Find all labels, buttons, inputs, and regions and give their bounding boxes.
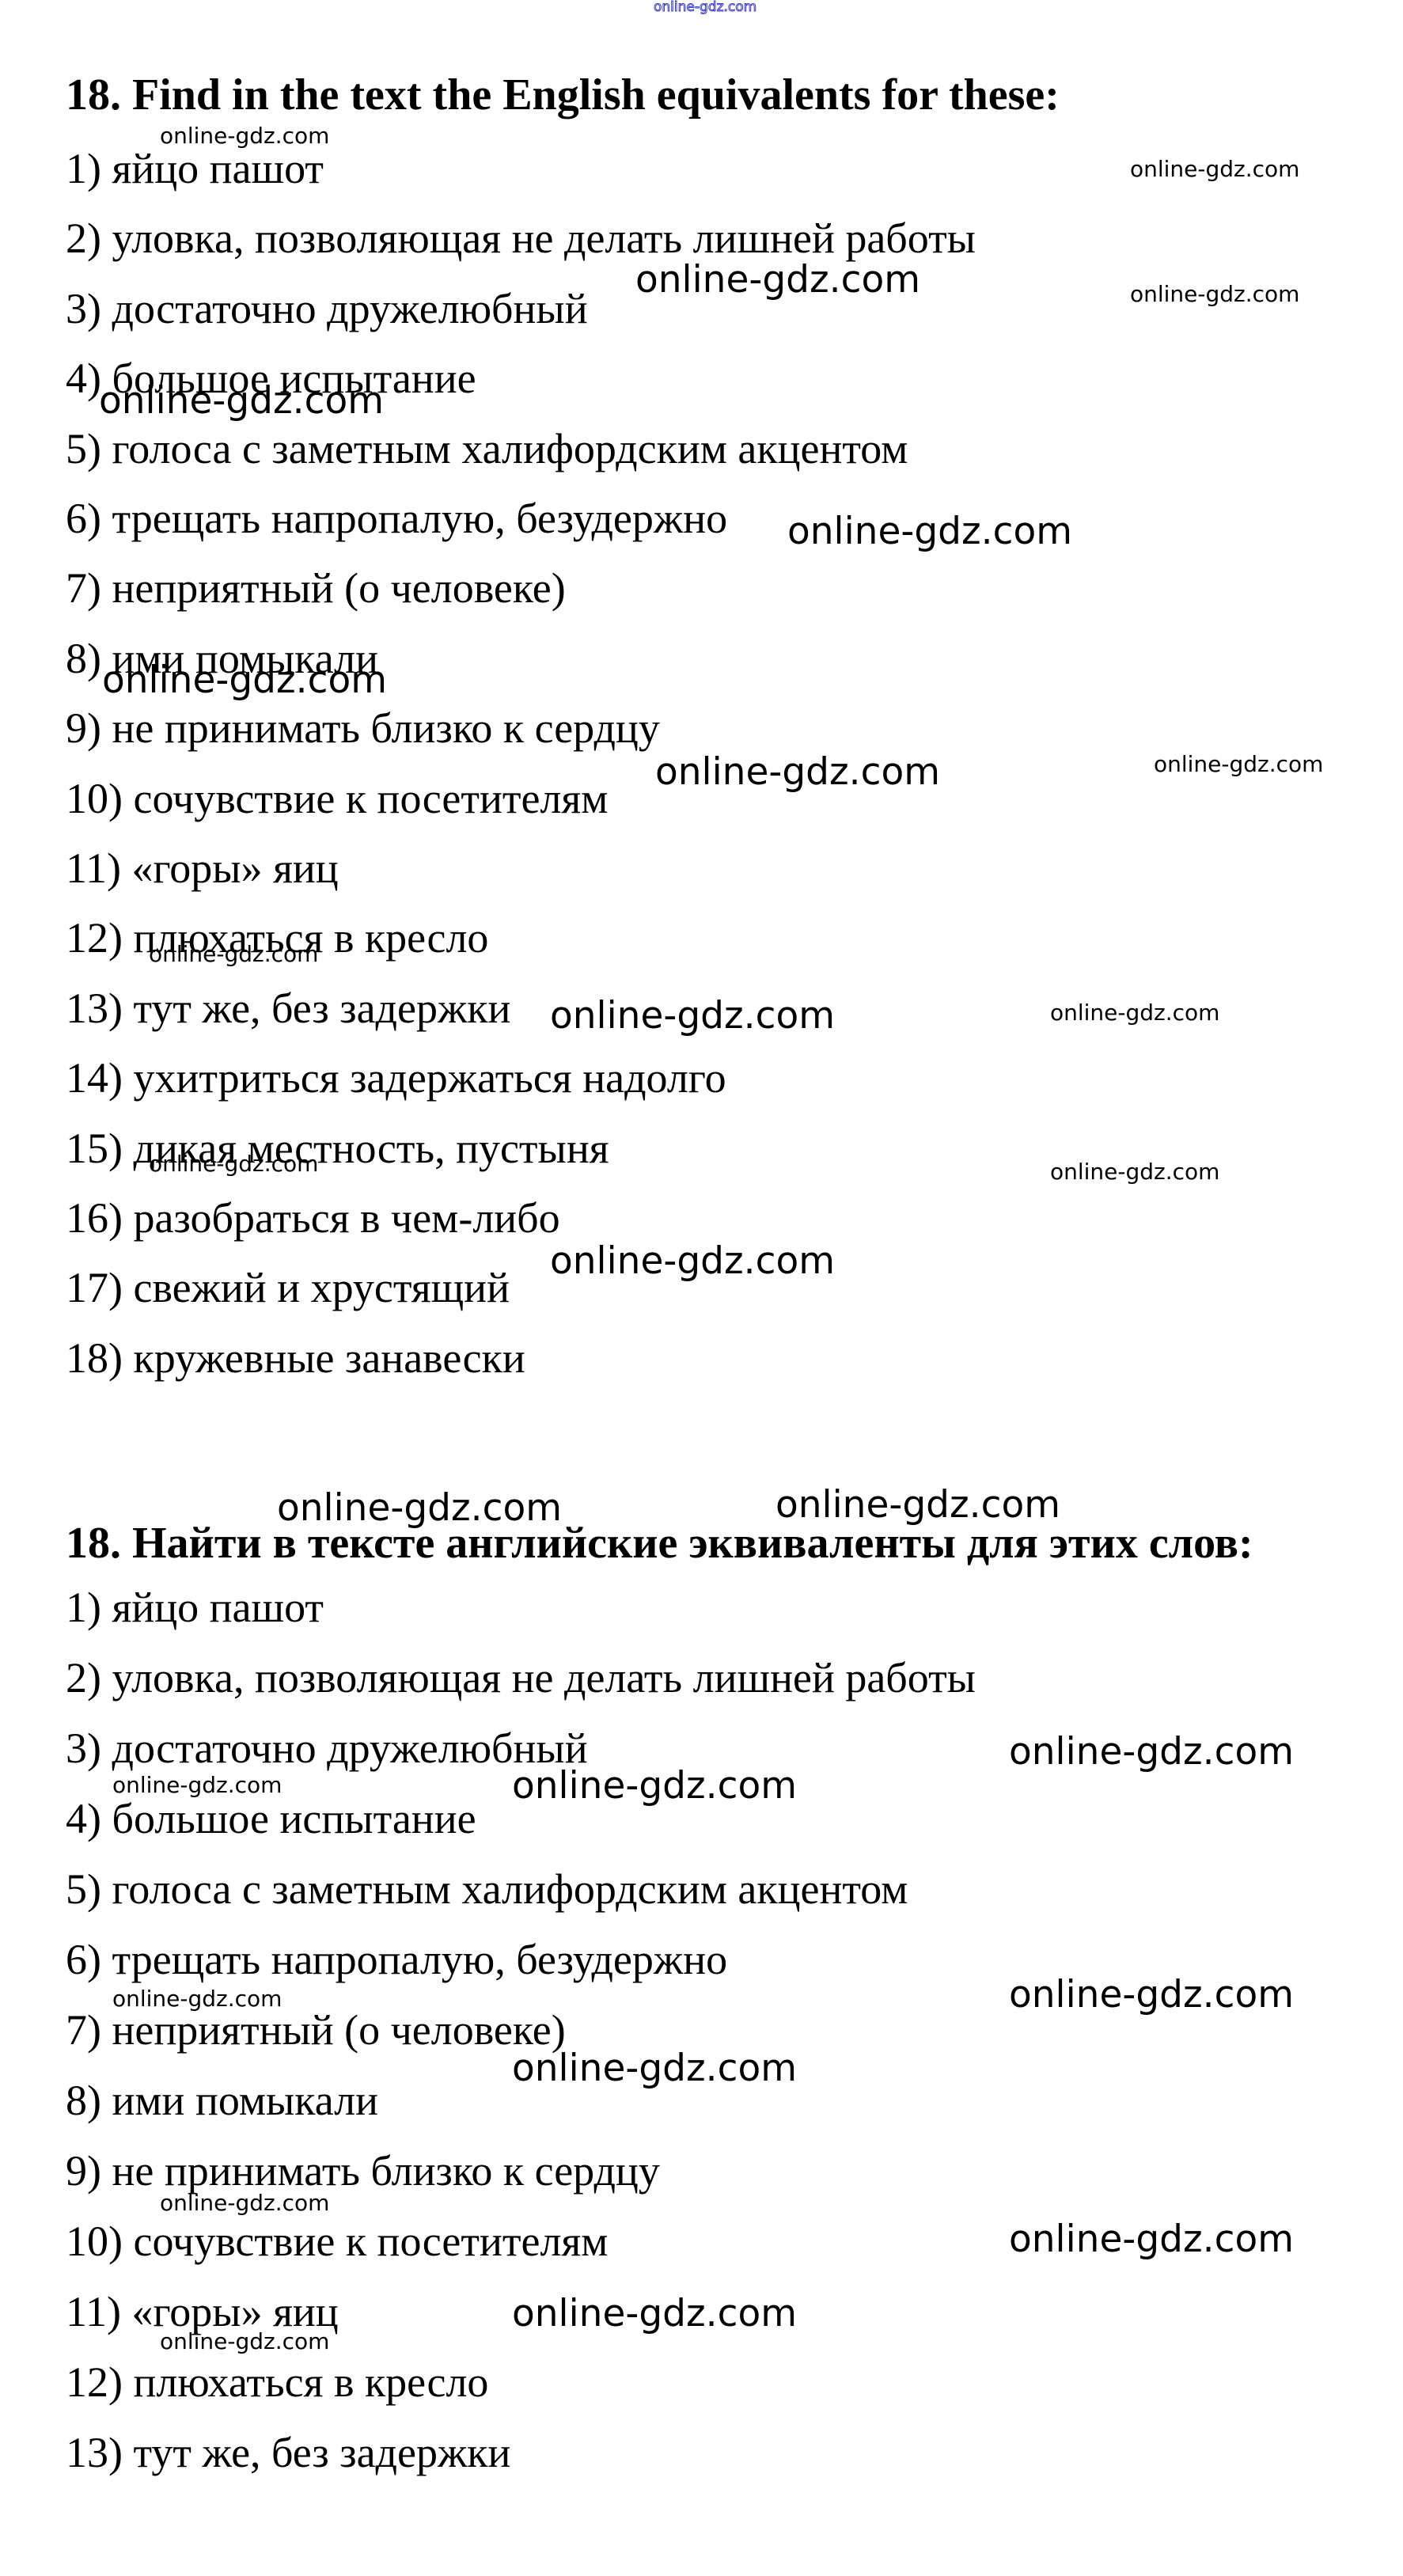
list-item: 5) голоса с заметным халифордским акцент… [66,1868,908,1910]
watermark: online-gdz.com [160,2331,329,2353]
watermark: online-gdz.com [775,1486,1060,1523]
list-item: 10) сочувствие к посетителям [66,777,608,820]
list-item: 6) трещать напропалую, безудержно [66,497,727,540]
list-item: 18) кружевные занавески [66,1337,525,1379]
list-item: 7) неприятный (о человеке) [66,567,566,609]
watermark: online-gdz.com [112,1774,282,1796]
watermark: online-gdz.com [160,125,329,147]
list-item: 2) уловка, позволяющая не делать лишней … [66,217,976,260]
list-item: 3) достаточно дружелюбный [66,1727,588,1770]
watermark: online-gdz.com [102,662,387,699]
watermark: online-gdz.com [1130,158,1299,180]
list-item: 11) «горы» яиц [66,2290,339,2333]
watermark: online-gdz.com [160,2192,329,2214]
list-item: 4) большое испытание [66,1797,476,1840]
watermark: online-gdz.com [655,753,940,791]
list-item: 2) уловка, позволяющая не делать лишней … [66,1656,976,1699]
list-item: 9) не принимать близко к сердцу [66,2149,660,2192]
watermark: online-gdz.com [550,1242,835,1280]
list-item: 5) голоса с заметным халифордским акцент… [66,427,908,470]
watermark: online-gdz.com [787,513,1072,550]
list-item: 11) «горы» яиц [66,847,339,890]
watermark: online-gdz.com [1009,1976,1294,2013]
list-item: 10) сочувствие к посетителям [66,2220,608,2263]
watermark: online-gdz.com [1154,753,1323,776]
list-item: 1) яйцо пашот [66,1586,324,1629]
list-item: 9) не принимать близко к сердцу [66,707,660,749]
section-en-heading: 18. Find in the text the English equival… [66,73,1060,117]
list-item: 13) тут же, без задержки [66,2431,510,2474]
list-item: 12) плюхаться в кресло [66,2361,488,2403]
list-item: 7) неприятный (о человеке) [66,2009,566,2051]
list-item: 17) свежий и хрустящий [66,1266,510,1309]
list-item: 8) ими помыкали [66,2079,378,2122]
list-item: 13) тут же, без задержки [66,987,510,1030]
watermark: online-gdz.com [550,997,835,1034]
watermark: online-gdz.com [1009,2221,1294,2258]
watermark: online-gdz.com [1050,1002,1219,1024]
list-item: 14) ухитриться задержаться надолго [66,1057,726,1099]
watermark: online-gdz.com [512,2295,797,2332]
list-item: 16) разобраться в чем-либо [66,1197,560,1239]
watermark: online-gdz.com [99,382,384,419]
list-item: 3) достаточно дружелюбный [66,287,588,330]
watermark: online-gdz.com [1050,1161,1219,1183]
watermark: online-gdz.com [149,943,318,966]
list-item: 6) трещать напропалую, безудержно [66,1938,727,1981]
watermark: online-gdz.com [1009,1733,1294,1770]
watermark: online-gdz.com [149,1153,318,1175]
list-item: 15) дикая местность, пустыня [66,1127,609,1170]
watermark: online-gdz.com [512,2050,797,2087]
watermark: online-gdz.com [635,261,920,298]
watermark: online-gdz.com [112,1988,282,2010]
watermark: online-gdz.com [512,1767,797,1804]
document-page: online-gdz.com 18. Find in the text the … [0,0,1403,2576]
section-ru-heading: 18. Найти в тексте английские эквивалент… [66,1521,1253,1565]
watermark: online-gdz.com [1130,283,1299,305]
list-item: 1) яйцо пашот [66,147,324,190]
top-watermark: online-gdz.com [654,1,756,14]
